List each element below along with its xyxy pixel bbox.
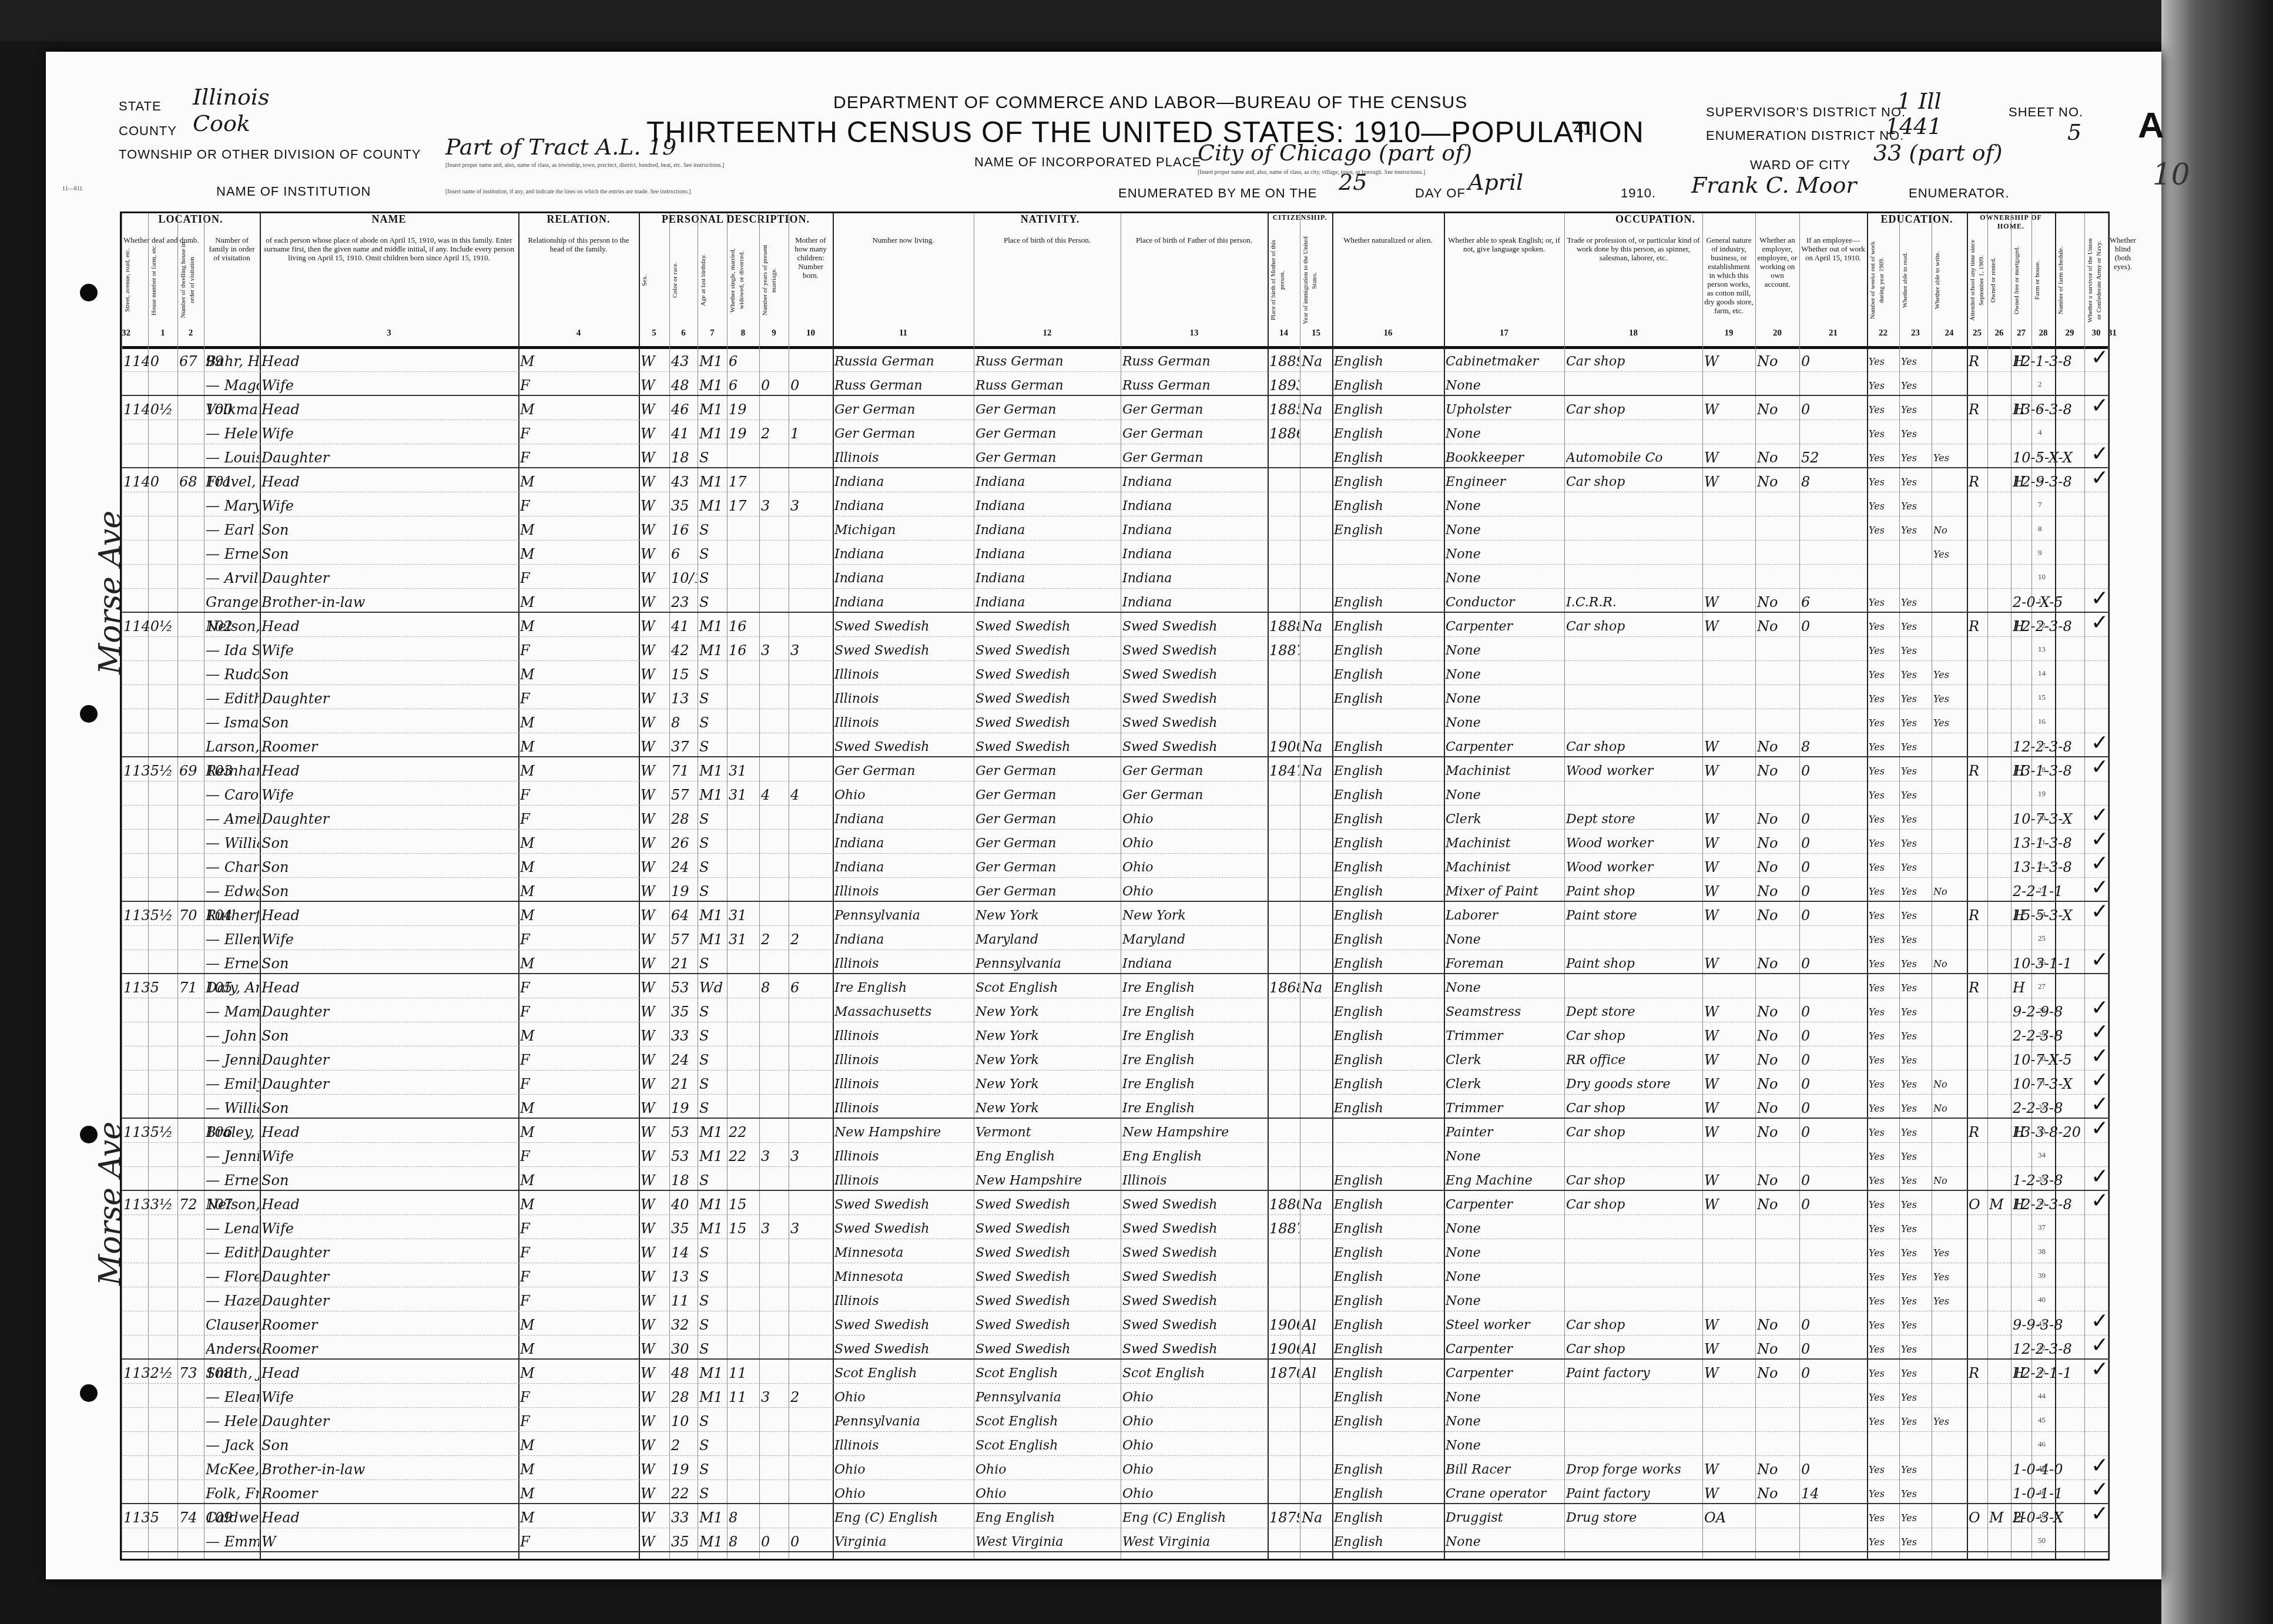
cell-marital: S (699, 1339, 726, 1360)
cell-house (123, 785, 177, 806)
table-row[interactable]: — Arvilla M.DaughterFW10/12SIndianaIndia… (122, 568, 2108, 589)
cell-write: Yes (1901, 1122, 1931, 1143)
cell-pob: Ohio (834, 1484, 973, 1504)
cell-sex: M (520, 520, 638, 541)
cell-trade: Seamstress (1446, 1002, 1564, 1022)
cell-pob: Ohio (834, 1387, 973, 1408)
table-row[interactable]: 1140½102Nelson, Nils G.HeadMW41M116Swed … (122, 616, 2108, 637)
table-row[interactable]: — Jennie L.DaughterFW24SIllinoisNew York… (122, 1050, 2108, 1071)
cell-relation: Daughter (262, 448, 518, 468)
cell-pob_f: Indiana (975, 592, 1120, 613)
column-header: Year of immigration to the United States… (1300, 233, 1332, 327)
column-number: 3 (260, 328, 518, 345)
cell-free (1989, 640, 2010, 661)
cell-write: Yes (1901, 930, 1931, 950)
cell-free (1989, 616, 2010, 637)
cell-dwelling (179, 568, 203, 589)
line-number: 31 (2038, 1078, 2046, 1088)
cell-english: English (1334, 1532, 1443, 1552)
cell-imm: 1847 (1269, 761, 1299, 781)
cell-free (1989, 737, 2010, 757)
cell-trade: None (1446, 1243, 1564, 1263)
cell-sex: F (520, 1074, 638, 1095)
cell-race: W (641, 809, 669, 830)
cell-pob: Ger German (834, 761, 973, 781)
cell-own (1969, 785, 1987, 806)
cell-sex: F (520, 568, 638, 589)
cell-out (1757, 568, 1799, 589)
cell-imm (1269, 1267, 1299, 1287)
cell-out (1757, 1267, 1799, 1287)
cell-write: Yes (1901, 1194, 1931, 1215)
scan-border-right (2161, 0, 2273, 1624)
table-row[interactable]: 113571105Daly, Anna R.HeadFW53Wd86Ire En… (122, 978, 2108, 998)
table-row[interactable]: — MagdalenaWifeFW48M1600Russ GermanRuss … (122, 375, 2108, 396)
table-row[interactable]: — Earl E.SonMW16SMichiganIndianaIndianaE… (122, 520, 2108, 541)
cell-industry (1566, 1219, 1702, 1239)
cell-class: W (1704, 1002, 1755, 1022)
cell-industry (1566, 930, 1702, 950)
table-row[interactable]: — EllenWifeFW57M13122IndianaMarylandMary… (122, 930, 2108, 950)
table-row[interactable]: — Lena A.WifeFW35M11533Swed SwedishSwed … (122, 1219, 2108, 1239)
table-row[interactable]: — Jennie M.WifeFW53M12233IllinoisEng Eng… (122, 1146, 2108, 1167)
cell-name: Fravel, Charles G. (206, 472, 259, 492)
cell-dwelling: 70 (179, 905, 203, 926)
cell-pob_m: Eng (C) English (1122, 1508, 1267, 1528)
table-row[interactable]: — Emily E.DaughterFW21SIllinoisNew YorkI… (122, 1074, 2108, 1095)
cell-free (1989, 857, 2010, 878)
cell-sex: F (520, 1532, 638, 1552)
cell-school (1933, 1363, 1966, 1384)
cell-name: — Emma F. (206, 1532, 259, 1552)
checkmark-icon: ✓ (2091, 827, 2108, 851)
cell-house (123, 1050, 177, 1071)
cell-write: Yes (1901, 905, 1931, 926)
cell-imm: 1906 (1269, 1339, 1299, 1360)
cell-marital: S (699, 689, 726, 709)
cell-own (1969, 954, 1987, 974)
cell-code (2013, 1387, 2107, 1408)
cell-relation: Daughter (262, 1243, 518, 1263)
cell-house (123, 1219, 177, 1239)
cell-write: Yes (1901, 520, 1931, 541)
cell-years (729, 1243, 759, 1263)
cell-trade: Trimmer (1446, 1098, 1564, 1119)
cell-age: 30 (671, 1339, 697, 1360)
cell-age: 57 (671, 930, 697, 950)
cell-living (790, 1315, 832, 1336)
enumerator-label: ENUMERATOR. (1909, 186, 2010, 201)
cell-years (729, 713, 759, 733)
table-row[interactable]: 1135½70104Rutherford, RobertHeadMW64M131… (122, 905, 2108, 926)
cell-pob_f: New York (975, 905, 1120, 926)
checkmark-icon: ✓ (2091, 1333, 2108, 1357)
cell-pob_m: Swed Swedish (1122, 1291, 1267, 1311)
cell-house (123, 375, 177, 396)
cell-trade: None (1446, 496, 1564, 516)
scan-border-top (0, 0, 2273, 41)
cell-imm (1269, 713, 1299, 733)
cell-trade: None (1446, 978, 1564, 998)
cell-imm (1269, 520, 1299, 541)
table-row[interactable]: — Ismael O.SonMW8SIllinoisSwed SwedishSw… (122, 713, 2108, 733)
cell-weeks: 0 (1801, 1170, 1866, 1191)
column-number: 4 (518, 328, 639, 345)
cell-living (790, 1508, 832, 1528)
cell-free (1989, 761, 2010, 781)
cell-english: English (1334, 905, 1443, 926)
line-number: 7 (2038, 500, 2042, 509)
table-row[interactable]: — Rudolf C.SonMW15SIllinoisSwed SwedishS… (122, 665, 2108, 685)
cell-free (1989, 1435, 2010, 1456)
cell-trade: None (1446, 640, 1564, 661)
cell-write: Yes (1901, 351, 1931, 372)
table-row[interactable]: Granger, SethBrother-in-lawMW23SIndianaI… (122, 592, 2108, 613)
cell-born: 3 (761, 1146, 788, 1167)
cell-imm (1269, 857, 1299, 878)
cell-weeks: 0 (1801, 1339, 1866, 1360)
cell-name: Daly, Anna R. (206, 978, 259, 998)
cell-age: 37 (671, 737, 697, 757)
cell-weeks (1801, 665, 1866, 685)
column-number: 9 (759, 328, 789, 345)
cell-house: 1135½ (123, 761, 177, 781)
cell-sex: M (520, 616, 638, 637)
cell-imm (1269, 1002, 1299, 1022)
cell-pob_m: Ire English (1122, 1026, 1267, 1046)
cell-free (1989, 713, 2010, 733)
cell-marital: M1 (699, 616, 726, 637)
cell-class (1704, 1411, 1755, 1432)
cell-free (1989, 930, 2010, 950)
table-row[interactable]: — Edward F.SonMW19SIllinoisGer GermanOhi… (122, 881, 2108, 902)
cell-pob_f: Russ German (975, 351, 1120, 372)
cell-living: 2 (790, 930, 832, 950)
table-row[interactable]: — HelenWifeFW41M11921Ger GermanGer Germa… (122, 424, 2108, 444)
column-header: Trade or profession of, or particular ki… (1564, 233, 1702, 327)
cell-out: No (1757, 1074, 1799, 1095)
cell-class (1704, 1146, 1755, 1167)
table-row[interactable]: — Edith L.DaughterFW13SIllinoisSwed Swed… (122, 689, 2108, 709)
table-row[interactable]: Folk, FrankRoomerMW22SOhioOhioOhioEnglis… (122, 1484, 2108, 1504)
cell-name: — Edward F. (206, 881, 259, 902)
cell-nat (1302, 1219, 1332, 1239)
cell-english (1334, 713, 1443, 733)
column-number: 16 (1332, 328, 1444, 345)
cell-english (1334, 568, 1443, 589)
cell-born (761, 1435, 788, 1456)
checkmark-icon: ✓ (2091, 1092, 2108, 1116)
cell-marital: S (699, 1267, 726, 1287)
cell-free (1989, 1315, 2010, 1336)
cell-nat (1302, 472, 1332, 492)
cell-sex: M (520, 713, 638, 733)
cell-years (729, 833, 759, 854)
table-row[interactable]: — Jack M.SonMW2SIllinoisScot EnglishOhio… (122, 1435, 2108, 1456)
table-row[interactable]: — Mamie R.DaughterFW35SMassachusettsNew … (122, 1002, 2108, 1022)
cell-school (1933, 1459, 1966, 1480)
table-row[interactable]: — LouiseDaughterFW18SIllinoisGer GermanG… (122, 448, 2108, 468)
table-row[interactable]: — CharlesSonMW24SIndianaGer GermanOhioEn… (122, 857, 2108, 878)
column-header: Whether an employer, employee, or workin… (1755, 233, 1799, 327)
cell-school (1933, 472, 1966, 492)
cell-write: Yes (1901, 1002, 1931, 1022)
cell-free (1989, 592, 2010, 613)
line-number: 16 (2038, 717, 2046, 726)
table-row[interactable]: — Edith L.DaughterFW14SMinnesotaSwed Swe… (122, 1243, 2108, 1263)
table-row[interactable]: — Ida S.WifeFW42M11633Swed SwedishSwed S… (122, 640, 2108, 661)
table-row[interactable]: — Florence E.DaughterFW13SMinnesotaSwed … (122, 1267, 2108, 1287)
cell-marital: M1 (699, 1532, 726, 1552)
column-number (204, 328, 260, 345)
table-row[interactable]: 1135½69103Reinhard, WilliamHeadMW71M131G… (122, 761, 2108, 781)
cell-age: 6 (671, 544, 697, 565)
table-row[interactable]: — Ernest W.SonMW18SIllinoisNew Hampshire… (122, 1170, 2108, 1191)
cell-free (1989, 472, 2010, 492)
cell-nat (1302, 1002, 1332, 1022)
cell-write: Yes (1901, 1243, 1931, 1263)
cell-sex: M (520, 881, 638, 902)
cell-relation: Wife (262, 640, 518, 661)
cell-class (1704, 520, 1755, 541)
cell-pob_m: Indiana (1122, 544, 1267, 565)
table-row[interactable]: 114068101Fravel, Charles G.HeadMW43M117I… (122, 472, 2108, 492)
cell-industry (1566, 640, 1702, 661)
cell-class (1704, 1219, 1755, 1239)
table-row[interactable]: — Mary E.WifeFW35M11733IndianaIndianaInd… (122, 496, 2108, 516)
cell-own (1969, 713, 1987, 733)
cell-house (123, 1435, 177, 1456)
state-label: STATE (119, 99, 162, 114)
cell-dwelling (179, 424, 203, 444)
line-number: 11 (2038, 596, 2046, 606)
cell-dwelling (179, 857, 203, 878)
cell-sex: F (520, 1002, 638, 1022)
cell-race: W (641, 400, 669, 420)
enumeration-district-value: 1441 (1885, 113, 1942, 139)
cell-dwelling (179, 665, 203, 685)
cell-english: English (1334, 1194, 1443, 1215)
column-number: 17 (1444, 328, 1564, 345)
header-rule (122, 346, 2108, 349)
cell-relation: Daughter (262, 1411, 518, 1432)
table-row[interactable]: Anderson, Emil L.RoomerMW30SSwed Swedish… (122, 1339, 2108, 1360)
cell-imm (1269, 689, 1299, 709)
cell-pob: Russia German (834, 351, 973, 372)
cell-race: W (641, 905, 669, 926)
column-header: Place of birth of Father of this person. (1121, 233, 1268, 327)
line-number: 38 (2038, 1247, 2046, 1256)
supervisor-label: SUPERVISOR'S DISTRICT NO. (1706, 105, 1906, 120)
cell-years: 11 (729, 1387, 759, 1408)
cell-nat (1302, 375, 1332, 396)
cell-pob_m: Ohio (1122, 833, 1267, 854)
line-number: 14 (2038, 669, 2046, 678)
table-row[interactable]: — CarolineWifeFW57M13144OhioGer GermanGe… (122, 785, 2108, 806)
table-row[interactable]: 1135½106Braley, Fred E.HeadMW53M122New H… (122, 1122, 2108, 1143)
table-row[interactable]: — Helen J.DaughterFW10SPennsylvaniaScot … (122, 1411, 2108, 1432)
cell-name: Reinhard, William (206, 761, 259, 781)
cell-industry (1566, 568, 1702, 589)
cell-pob_f: Scot English (975, 1363, 1120, 1384)
cell-weeks: 0 (1801, 809, 1866, 830)
cell-pob: Michigan (834, 520, 973, 541)
cell-weeks (1801, 424, 1866, 444)
cell-class (1704, 1267, 1755, 1287)
cell-pob: Ire English (834, 978, 973, 998)
cell-sex: M (520, 1315, 638, 1336)
cell-marital: S (699, 881, 726, 902)
cell-free (1989, 351, 2010, 372)
cell-born (761, 351, 788, 372)
table-row[interactable]: — Amelia F.DaughterFW28SIndianaGer Germa… (122, 809, 2108, 830)
cell-pob_f: Swed Swedish (975, 1315, 1120, 1336)
cell-industry: Car shop (1566, 737, 1702, 757)
cell-school (1933, 1219, 1966, 1239)
cell-free (1989, 1026, 2010, 1046)
cell-weeks (1801, 496, 1866, 516)
cell-nat (1302, 689, 1332, 709)
table-row[interactable]: — Ernest C.SonMW6SIndianaIndianaIndianaN… (122, 544, 2108, 565)
cell-living (790, 1243, 832, 1263)
cell-imm (1269, 833, 1299, 854)
cell-nat: Na (1302, 351, 1332, 372)
cell-dwelling (179, 1026, 203, 1046)
cell-class: W (1704, 857, 1755, 878)
cell-born (761, 713, 788, 733)
cell-sex: F (520, 1050, 638, 1071)
cell-write: Yes (1901, 1291, 1931, 1311)
line-number: 6 (2038, 476, 2042, 485)
cell-class (1704, 375, 1755, 396)
cell-pob_f: Ger German (975, 857, 1120, 878)
cell-marital: M1 (699, 1387, 726, 1408)
cell-weeks: 0 (1801, 1026, 1866, 1046)
cell-relation: Son (262, 1026, 518, 1046)
cell-class: W (1704, 761, 1755, 781)
cell-dwelling (179, 1098, 203, 1119)
cell-industry: Drop forge works (1566, 1459, 1702, 1480)
cell-relation: Head (262, 1363, 518, 1384)
cell-pob_f: Ger German (975, 809, 1120, 830)
cell-free (1989, 544, 2010, 565)
cell-sex: F (520, 1411, 638, 1432)
table-row[interactable]: 1140½100Volkmann, LouisHeadMW46M119Ger G… (122, 400, 2108, 420)
line-number: 42 (2038, 1343, 2046, 1353)
table-row[interactable]: 11406799Bahr, HenryHeadMW43M16Russia Ger… (122, 351, 2108, 372)
checkmark-icon: ✓ (2091, 899, 2108, 924)
checkmark-icon: ✓ (2091, 610, 2108, 635)
cell-house: 1140 (123, 351, 177, 372)
table-row[interactable]: Larson, AxelRoomerMW37SSwed SwedishSwed … (122, 737, 2108, 757)
cell-relation: Wife (262, 1219, 518, 1239)
cell-own (1969, 640, 1987, 661)
table-row[interactable]: — William H.SonMW26SIndianaGer GermanOhi… (122, 833, 2108, 854)
cell-own (1969, 592, 1987, 613)
cell-class: W (1704, 881, 1755, 902)
cell-house (123, 1291, 177, 1311)
table-row[interactable]: — Eleanor E.WifeFW28M11132OhioPennsylvan… (122, 1387, 2108, 1408)
table-row[interactable]: — John J.SonMW33SIllinoisNew YorkIre Eng… (122, 1026, 2108, 1046)
line-number: 37 (2038, 1223, 2046, 1232)
table-row[interactable]: 113574109Caldwell, LovilleHeadMW33M18Eng… (122, 1508, 2108, 1528)
cell-class (1704, 665, 1755, 685)
cell-years: 6 (729, 375, 759, 396)
cell-imm (1269, 809, 1299, 830)
column-header: Number of years of present marriage. (759, 233, 789, 327)
cell-name: — Emily E. (206, 1074, 259, 1095)
cell-own: R (1969, 978, 1987, 998)
table-row[interactable]: Clausen, Emil J.RoomerMW32SSwed SwedishS… (122, 1315, 2108, 1336)
cell-english: English (1334, 1098, 1443, 1119)
cell-relation: Wife (262, 1387, 518, 1408)
cell-english: English (1334, 1074, 1443, 1095)
table-row[interactable]: 1133½72107Nelson, Theodore F.HeadMW40M11… (122, 1194, 2108, 1215)
checkmark-icon: ✓ (2091, 465, 2108, 490)
cell-pob_m: Indiana (1122, 954, 1267, 974)
census-title: THIRTEENTH CENSUS OF THE UNITED STATES: … (646, 115, 1644, 149)
cell-pob_m: Ire English (1122, 1098, 1267, 1119)
column-header: Relationship of this person to the head … (518, 233, 639, 327)
cell-living (790, 1339, 832, 1360)
checkmark-icon: ✓ (2091, 803, 2108, 827)
cell-weeks (1801, 1291, 1866, 1311)
cell-age: 28 (671, 809, 697, 830)
table-row[interactable]: McKee, ThomasBrother-in-lawMW19SOhioOhio… (122, 1459, 2108, 1480)
cell-own (1969, 520, 1987, 541)
cell-class (1704, 496, 1755, 516)
cell-out (1757, 689, 1799, 709)
cell-own (1969, 375, 1987, 396)
cell-living (790, 1074, 832, 1095)
cell-pob_m: West Virginia (1122, 1532, 1267, 1552)
table-row[interactable]: — Ernest B.SonMW21SIllinoisPennsylvaniaI… (122, 954, 2108, 974)
cell-sex: F (520, 1267, 638, 1287)
cell-write: Yes (1901, 1050, 1931, 1071)
cell-living (790, 833, 832, 854)
cell-dwelling (179, 1267, 203, 1287)
cell-write: Yes (1901, 472, 1931, 492)
table-row[interactable]: — Emma F.WFW35M1800VirginiaWest Virginia… (122, 1532, 2108, 1552)
group-education: EDUCATION. (1867, 213, 1967, 232)
cell-pob_m: Ire English (1122, 1002, 1267, 1022)
cell-relation: Daughter (262, 1291, 518, 1311)
cell-sex: F (520, 978, 638, 998)
cell-pob_f: Eng English (975, 1508, 1120, 1528)
table-row[interactable]: — Hazel E.DaughterFW11SIllinoisSwed Swed… (122, 1291, 2108, 1311)
cell-school (1933, 616, 1966, 637)
table-row[interactable]: — William J.SonMW19SIllinoisNew YorkIre … (122, 1098, 2108, 1119)
cell-own: R (1969, 351, 1987, 372)
cell-nat (1302, 1387, 1332, 1408)
cell-school (1933, 930, 1966, 950)
cell-house (123, 713, 177, 733)
cell-class: OA (1704, 1508, 1755, 1528)
table-row[interactable]: 1132½73108Smith, James J.HeadMW48M111Sco… (122, 1363, 2108, 1384)
cell-house (123, 1098, 177, 1119)
cell-born (761, 1484, 788, 1504)
column-header: Place of birth of Mother of this person. (1268, 233, 1300, 327)
cell-trade: None (1446, 1435, 1564, 1456)
cell-race: W (641, 1339, 669, 1360)
cell-pob_f: New York (975, 1026, 1120, 1046)
cell-school (1933, 809, 1966, 830)
cell-race: W (641, 1026, 669, 1046)
cell-age: 46 (671, 400, 697, 420)
cell-pob_m: Ohio (1122, 1459, 1267, 1480)
cell-industry: I.C.R.R. (1566, 592, 1702, 613)
cell-class (1704, 713, 1755, 733)
